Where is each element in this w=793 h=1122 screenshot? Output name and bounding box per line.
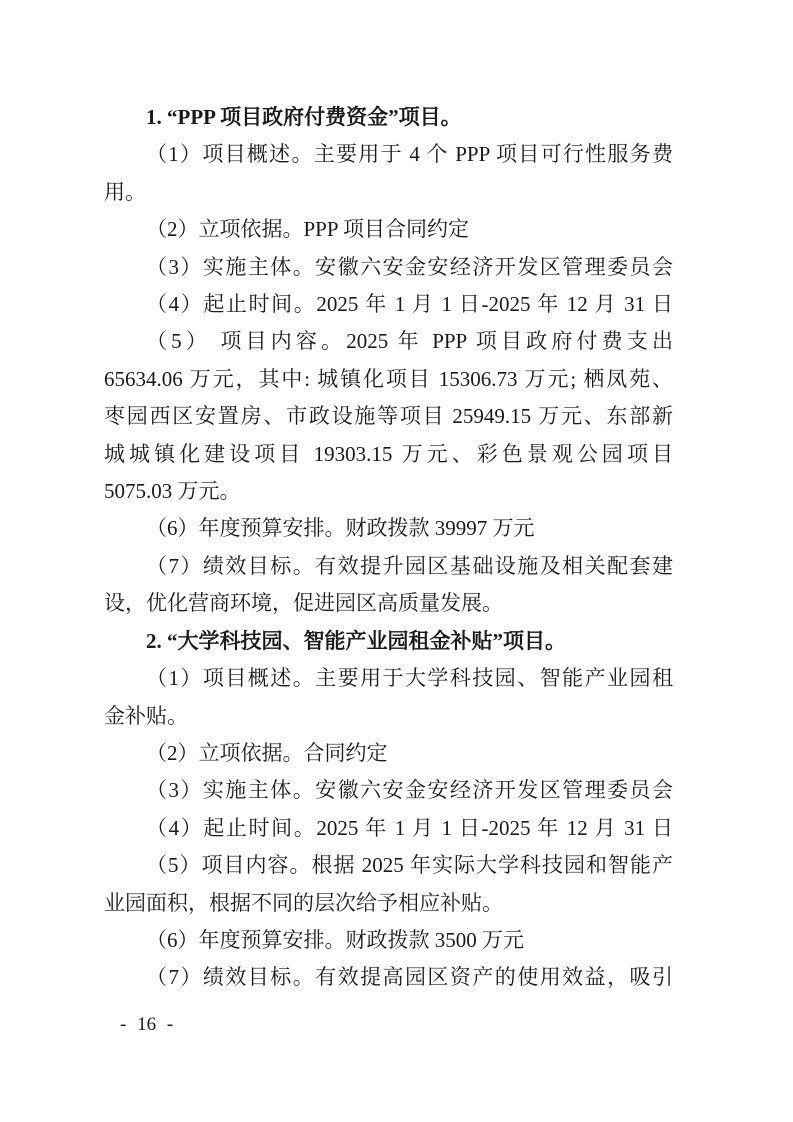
paragraph-line: 设，优化营商环境，促进园区高质量发展。 (104, 585, 673, 622)
paragraph-line: 1. “PPP 项目政府付费资金”项目。 (104, 99, 673, 136)
paragraph: （4）起止时间。2025 年 1 月 1 日-2025 年 12 月 31 日 (104, 286, 673, 323)
paragraph-line: （1）项目概述。主要用于大学科技园、智能产业园租 (104, 660, 673, 697)
paragraph-line: （5）项目内容。根据 2025 年实际大学科技园和智能产 (104, 847, 673, 884)
paragraph: （7）绩效目标。有效提高园区资产的使用效益，吸引 (104, 959, 673, 996)
document-body: 1. “PPP 项目政府付费资金”项目。（1）项目概述。主要用于 4 个 PPP… (104, 99, 673, 997)
paragraph: （4）起止时间。2025 年 1 月 1 日-2025 年 12 月 31 日 (104, 810, 673, 847)
paragraph-line: （6）年度预算安排。财政拨款 3500 万元 (104, 922, 673, 959)
paragraph: （2）立项依据。合同约定 (104, 735, 673, 772)
paragraph: （1）项目概述。主要用于 4 个 PPP 项目可行性服务费用。 (104, 136, 673, 211)
paragraph-line: 金补贴。 (104, 698, 673, 735)
paragraph-line: （6）年度预算安排。财政拨款 39997 万元 (104, 510, 673, 547)
paragraph-line: 业园面积，根据不同的层次给予相应补贴。 (104, 885, 673, 922)
paragraph: （6）年度预算安排。财政拨款 39997 万元 (104, 510, 673, 547)
paragraph-line: 用。 (104, 174, 673, 211)
paragraph: （3）实施主体。安徽六安金安经济开发区管理委员会 (104, 772, 673, 809)
paragraph: （7）绩效目标。有效提升园区基础设施及相关配套建设，优化营商环境，促进园区高质量… (104, 548, 673, 623)
paragraph-line: （3）实施主体。安徽六安金安经济开发区管理委员会 (104, 772, 673, 809)
paragraph-line: （7）绩效目标。有效提升园区基础设施及相关配套建 (104, 548, 673, 585)
paragraph: （5）项目内容。根据 2025 年实际大学科技园和智能产业园面积，根据不同的层次… (104, 847, 673, 922)
paragraph: （6）年度预算安排。财政拨款 3500 万元 (104, 922, 673, 959)
paragraph-line: 65634.06 万元，其中: 城镇化项目 15306.73 万元; 栖凤苑、 (104, 361, 673, 398)
paragraph-line: （1）项目概述。主要用于 4 个 PPP 项目可行性服务费 (104, 136, 673, 173)
paragraph: （5） 项目内容。2025 年 PPP 项目政府付费支出65634.06 万元，… (104, 323, 673, 510)
paragraph-line: （3）实施主体。安徽六安金安经济开发区管理委员会 (104, 249, 673, 286)
paragraph-line: （4）起止时间。2025 年 1 月 1 日-2025 年 12 月 31 日 (104, 810, 673, 847)
paragraph: （2）立项依据。PPP 项目合同约定 (104, 211, 673, 248)
paragraph: （3）实施主体。安徽六安金安经济开发区管理委员会 (104, 249, 673, 286)
paragraph-line: （5） 项目内容。2025 年 PPP 项目政府付费支出 (104, 323, 673, 360)
section-heading: 2. “大学科技园、智能产业园租金补贴”项目。 (104, 623, 673, 660)
paragraph-line: 城城镇化建设项目 19303.15 万元、彩色景观公园项目 (104, 436, 673, 473)
paragraph-line: （2）立项依据。PPP 项目合同约定 (104, 211, 673, 248)
paragraph-line: （7）绩效目标。有效提高园区资产的使用效益，吸引 (104, 959, 673, 996)
document-page: 1. “PPP 项目政府付费资金”项目。（1）项目概述。主要用于 4 个 PPP… (0, 0, 793, 1122)
paragraph-line: 枣园西区安置房、市政设施等项目 25949.15 万元、东部新 (104, 398, 673, 435)
paragraph-line: （2）立项依据。合同约定 (104, 735, 673, 772)
paragraph-line: （4）起止时间。2025 年 1 月 1 日-2025 年 12 月 31 日 (104, 286, 673, 323)
paragraph-line: 2. “大学科技园、智能产业园租金补贴”项目。 (104, 623, 673, 660)
paragraph: （1）项目概述。主要用于大学科技园、智能产业园租金补贴。 (104, 660, 673, 735)
paragraph-line: 5075.03 万元。 (104, 473, 673, 510)
section-heading: 1. “PPP 项目政府付费资金”项目。 (104, 99, 673, 136)
page-number: - 16 - (120, 1012, 173, 1038)
